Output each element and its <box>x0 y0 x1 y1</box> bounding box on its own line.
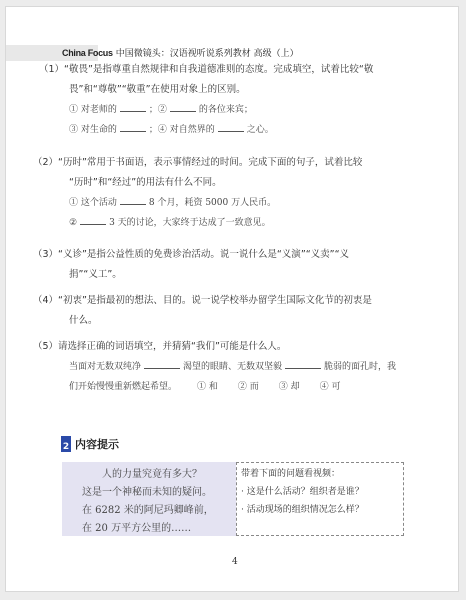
option: ② 而 <box>238 382 259 392</box>
fill-text: ① 这个活动 <box>69 198 117 208</box>
blank-field[interactable] <box>120 121 146 132</box>
fill-text: 渴望的眼睛、无数双坚毅 <box>183 362 282 372</box>
fill-text: 之心。 <box>247 125 274 135</box>
blank-field[interactable] <box>120 101 146 112</box>
section-number-badge: 2 <box>61 436 71 452</box>
viewing-task-box: 带着下面的问题看视频： · 这是什么活动？组织者是谁？ · 活动现场的组织情况怎… <box>236 462 404 536</box>
question-number: （5） <box>33 341 58 352</box>
fill-text: ；④ 对自然界的 <box>149 125 215 135</box>
fill-text: 脆弱的面孔时，我 <box>324 362 396 372</box>
fill-text: ② <box>69 218 77 228</box>
fill-text: 当面对无数双纯净 <box>69 362 141 372</box>
hint-line: 在 6282 米的阿尼玛卿峰前， <box>82 502 237 520</box>
content-hint-box: 人的力量究竟有多大？ 这是一个神秘而未知的疑问。 在 6282 米的阿尼玛卿峰前… <box>62 462 237 536</box>
section-label: 内容提示 <box>75 436 119 452</box>
hint-line: 这是一个神秘而未知的疑问。 <box>82 484 237 502</box>
question-text: “义诊”是指公益性质的免费诊治活动。说一说什么是“义演”“义卖”“义 <box>58 249 349 260</box>
blank-field[interactable] <box>285 358 321 369</box>
question-1: （1）“敬畏”是指尊重自然规律和自我道德准则的态度。完成填空，试着比较“敬 畏”… <box>39 60 399 140</box>
question-text: “历时”常用于书面语，表示事情经过的时间。完成下面的句子，试着比较 <box>58 157 362 168</box>
document-page: China Focus中国微镜头：汉语视听说系列教材 高级（上） （1）“敬畏”… <box>5 6 459 592</box>
option: ④ 可 <box>320 382 341 392</box>
blank-field[interactable] <box>120 194 146 205</box>
question-2: （2）“历时”常用于书面语，表示事情经过的时间。完成下面的句子，试着比较 “历时… <box>33 153 393 233</box>
fill-text: 3 天的讨论，大家终于达成了一致意见。 <box>109 218 271 228</box>
question-number: （2） <box>33 157 58 168</box>
question-text: 请选择正确的词语填空，并猜猜“我们”可能是什么人。 <box>58 341 286 352</box>
page-number: 4 <box>232 557 238 567</box>
blank-field[interactable] <box>218 121 244 132</box>
fill-text: ；② <box>149 105 167 115</box>
blank-field[interactable] <box>170 101 196 112</box>
question-text: “历时”和“经过”的用法有什么不同。 <box>69 177 222 188</box>
question-number: （4） <box>33 295 58 306</box>
task-intro: 带着下面的问题看视频： <box>241 465 403 483</box>
blank-field[interactable] <box>144 358 180 369</box>
question-text: “敬畏”是指尊重自然规律和自我道德准则的态度。完成填空，试着比较“敬 <box>64 64 373 75</box>
blank-field[interactable] <box>80 214 106 225</box>
task-item: · 活动现场的组织情况怎么样？ <box>241 501 403 519</box>
brand-name: China Focus <box>62 48 113 58</box>
task-item: · 这是什么活动？组织者是谁？ <box>241 483 403 501</box>
question-3: （3）“义诊”是指公益性质的免费诊治活动。说一说什么是“义演”“义卖”“义 捐”… <box>33 245 393 285</box>
question-text: 什么。 <box>69 315 98 326</box>
option: ① 和 <box>197 382 218 392</box>
fill-text: 们开始慢慢重新燃起希望。 <box>69 382 177 392</box>
question-5: （5）请选择正确的词语填空，并猜猜“我们”可能是什么人。 当面对无数双纯净渴望的… <box>33 337 393 397</box>
fill-text: ③ 对生命的 <box>69 125 117 135</box>
book-title: 中国微镜头：汉语视听说系列教材 高级（上） <box>116 49 299 59</box>
hint-line: 在 20 万平方公里的…… <box>82 520 237 538</box>
option: ③ 却 <box>279 382 300 392</box>
question-text: “初衷”是指最初的想法、目的。说一说学校举办留学生国际文化节的初衷是 <box>58 295 372 306</box>
fill-text: 的各位来宾； <box>199 105 253 115</box>
question-text: 畏”和“尊敬”“敬重”在使用对象上的区别。 <box>69 84 246 95</box>
question-number: （1） <box>39 64 64 75</box>
section-heading: 2 内容提示 <box>61 436 119 452</box>
running-header: China Focus中国微镜头：汉语视听说系列教材 高级（上） <box>62 46 299 59</box>
question-4: （4）“初衷”是指最初的想法、目的。说一说学校举办留学生国际文化节的初衷是 什么… <box>33 291 393 331</box>
fill-text: ① 对老师的 <box>69 105 117 115</box>
question-number: （3） <box>33 249 58 260</box>
hint-line: 人的力量究竟有多大？ <box>82 466 237 484</box>
fill-text: 8 个月，耗资 5000 万人民币。 <box>149 198 276 208</box>
question-text: 捐”“义工”。 <box>69 269 122 280</box>
